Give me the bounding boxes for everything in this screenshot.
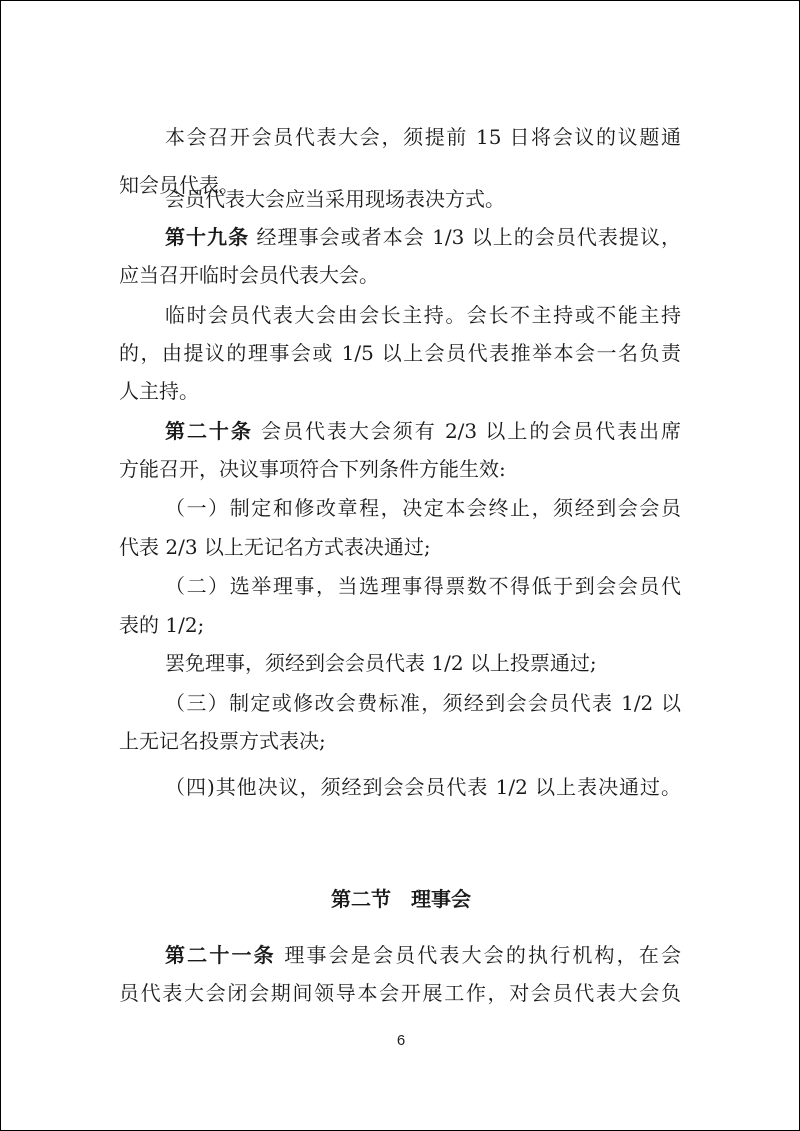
list-item-3: （三）制定或修改会费标准，须经到会会员代表 1/2 以 [165,691,681,715]
paragraph-line: 的，由提议的理事会或 1/5 以上会员代表推举本会一名负责 [119,341,681,365]
paragraph-line: 罢免理事，须经到会会员代表 1/2 以上投票通过; [165,651,597,675]
list-item-4: （四)其他决议，须经到会会员代表 1/2 以上表决通过。 [165,775,681,799]
paragraph-line: 方能召开，决议事项符合下列条件方能生效: [119,457,506,481]
list-item-2: （二）选举理事，当选理事得票数不得低于到会会员代 [165,574,681,598]
paragraph-line: 员代表大会闭会期间领导本会开展工作，对会员代表大会负 [119,981,681,1005]
article-20-line: 第二十条 会员代表大会须有 2/3 以上的会员代表出席 [165,419,681,443]
page-number: 6 [1,1032,800,1050]
article-21-line: 第二十一条 理事会是会员代表大会的执行机构，在会 [165,943,681,967]
article-19-text: 经理事会或者本会 1/3 以上的会员代表提议， [249,225,681,249]
paragraph-line: 上无记名投票方式表决; [119,729,326,753]
paragraph-line: 临时会员代表大会由会长主持。会长不主持或不能主持 [165,303,681,327]
article-21-label: 第二十一条 [165,943,276,967]
article-19-label: 第十九条 [165,225,249,249]
list-item-1: （一）制定和修改章程，决定本会终止，须经到会会员 [165,496,681,520]
paragraph-line: 代表 2/3 以上无记名方式表决通过; [119,535,431,559]
document-page: 本会召开会员代表大会，须提前 15 日将会议的议题通 知会员代表。 会员代表大会… [0,0,800,1131]
paragraph-line: 本会召开会员代表大会，须提前 15 日将会议的议题通 [165,125,681,149]
paragraph-line: 人主持。 [119,379,199,403]
paragraph-line: 会员代表大会应当采用现场表决方式。 [165,187,505,211]
section-heading: 第二节 理事会 [1,887,800,911]
article-20-label: 第二十条 [165,419,253,443]
paragraph-line: 应当召开临时会员代表大会。 [119,263,379,287]
paragraph-line: 表的 1/2; [119,613,204,637]
article-19-line: 第十九条 经理事会或者本会 1/3 以上的会员代表提议， [165,225,681,249]
article-20-text: 会员代表大会须有 2/3 以上的会员代表出席 [253,419,681,443]
article-21-text: 理事会是会员代表大会的执行机构，在会 [276,943,681,967]
